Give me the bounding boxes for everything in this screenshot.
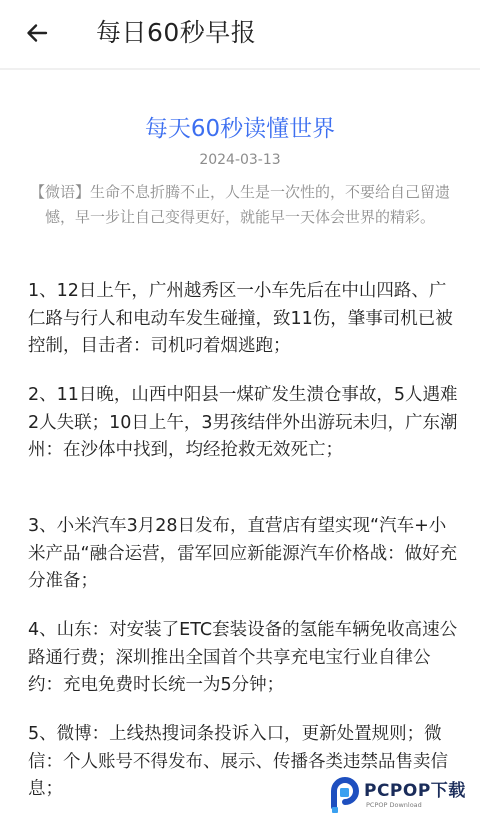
daily-quote: 【微语】生命不息折腾不止，人生是一次性的，不要给自己留遗憾，早一步让自己变得更好… xyxy=(30,180,450,230)
article-date: 2024-03-13 xyxy=(0,150,480,170)
pcpop-logo-icon xyxy=(330,777,360,815)
top-app-bar: 每日60秒早报 xyxy=(0,0,480,70)
arrow-left-icon xyxy=(25,21,49,45)
app-root: 每日60秒早报 每天60秒读懂世界 2024-03-13 【微语】生命不息折腾不… xyxy=(0,0,480,816)
article-title: 每天60秒读懂世界 xyxy=(0,114,480,144)
news-item-2: 2、11日晚，山西中阳县一煤矿发生溃仓事故，5人遇难2人失联；10日上午，3男孩… xyxy=(28,382,458,465)
page-title: 每日60秒早报 xyxy=(96,14,256,52)
watermark-brand: PCPOP下载 xyxy=(364,782,466,801)
news-item-4: 4、山东：对安装了ETC套装设备的氢能车辆免收高速公路通行费；深圳推出全国首个共… xyxy=(28,617,458,700)
watermark-subtitle: PCPOP Download xyxy=(366,801,466,809)
news-item-1: 1、12日上午，广州越秀区一小车先后在中山四路、广仁路与行人和电动车发生碰撞，致… xyxy=(28,278,458,361)
news-item-3: 3、小米汽车3月28日发布，直营店有望实现“汽车+小米产品“融合运营，雷军回应新… xyxy=(28,513,458,596)
back-button[interactable] xyxy=(22,18,52,48)
watermark: PCPOP下载 PCPOP Download xyxy=(330,775,480,816)
